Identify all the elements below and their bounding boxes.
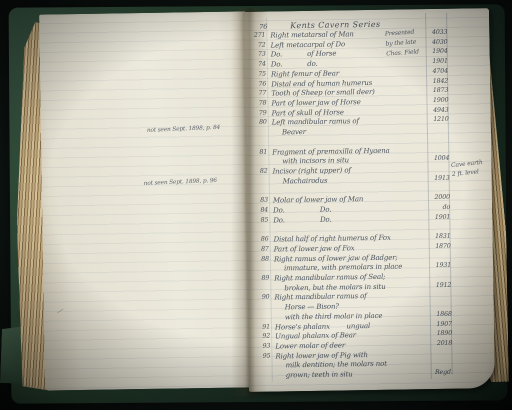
entry-catalogue-number: 4943 [423,106,449,113]
entry-number: 76 [246,80,266,87]
entry-number: 92 [250,333,270,340]
entry-text: Fragment of premaxilla of Hyaena [272,146,389,156]
entry-text: Molar of lower jaw of Man [273,195,363,204]
entry-catalogue-number: 1913 [424,175,450,182]
entry-text: Right ramus of lower jaw of Badger; [274,253,398,263]
entry-text: Left metacarpal of Do [270,40,345,49]
entry-text: Machairodus [283,176,328,185]
entry-text: Do. Do. [273,215,331,224]
entry-text: Right mandibular ramus of Seal; [274,273,385,283]
entry-number: 91 [250,323,270,330]
page-heading: Kents Cavern Series [290,20,380,30]
entry-catalogue-number: 4704 [422,68,448,75]
entry-catalogue-number: 1873 [422,87,448,94]
entry-text: Right mandibular ramus of [274,292,366,301]
entry-catalogue-number: 1842 [422,77,448,84]
entry-text: Tooth of Sheep (or small deer) [271,88,375,98]
entry-number: 77 [246,90,266,97]
entry-text: Distal end of human humerus [271,79,372,89]
entry-number: 73 [246,51,266,58]
entry-catalogue-number: 4030 [421,38,447,45]
entry-catalogue-number: 1912 [425,281,451,288]
folio-number: 76 [259,23,267,31]
entry-number: 80 [247,119,267,126]
entry-text: with incisors in situ [282,157,349,166]
entry-catalogue-number: 1004 [423,155,449,162]
entry-number: 82 [247,168,267,175]
entry-text: immature, with premolars in place [284,263,402,273]
entry-text: with the third molar in place [285,312,383,322]
entry-number: 86 [249,236,269,243]
entry-text: broken, but the molars in situ [284,282,385,292]
entry-catalogue-number: 1931 [425,262,451,269]
entry-text: Part of lower jaw of Horse [271,98,360,107]
register-photograph: not seen Sept. 1898, p. 84 not seen Sept… [0,0,512,410]
entry-text: Lower molar of deer [275,341,345,350]
entry-text: Right femur of Bear [271,69,339,78]
entry-text: grown; teeth in situ [286,370,353,379]
entry-text: Part of lower jaw of Fox [274,244,355,253]
entry-number: 81 [247,148,267,155]
entry-catalogue-number: 1904 [422,48,448,55]
entry-catalogue-number: 4033 [421,29,447,36]
entry-number: 88 [249,255,269,262]
entry-text: Distal half of right humerus of Fox [274,234,391,244]
entry-number: 271 [245,32,265,39]
entry-catalogue-number: 1868 [426,311,452,318]
entry-text: Part of skull of Horse [272,108,344,117]
entry-text: milk dentition; the molars not [286,360,387,370]
entry-text: Horse's phalanx ungual [275,322,370,331]
entry-number: 93 [250,343,270,350]
left-page: not seen Sept. 1898, p. 84 not seen Sept… [39,11,251,390]
entry-number: 85 [248,216,268,223]
entry-text: Do. Do. [273,206,331,215]
margin-note: not seen Sept. 1898, p. 84 [147,125,220,134]
entry-number: 89 [249,275,269,282]
entry-catalogue-number: Regd. [427,369,453,376]
entry-catalogue-number: 1900 [422,97,448,104]
entry-catalogue-number: do [424,204,450,211]
entry-number: 78 [246,100,266,107]
entry-text: Ungual phalanx of Bear [275,332,356,341]
entry-number: 87 [249,245,269,252]
entry-text: Left mandibular ramus of [272,118,359,127]
entry-text: Right metatarsal of Man [270,30,353,39]
entry-text: Do. do. [271,60,318,69]
right-page: 76 Kents Cavern Series Presented by the … [243,8,495,392]
entry-catalogue-number: 1907 [426,320,452,327]
entry-text: Horse — Bison? [285,303,339,312]
entry-catalogue-number: 1901 [422,58,448,65]
entry-catalogue-number: 2018 [426,340,452,347]
entry-catalogue-number: 1870 [425,243,451,250]
entry-catalogue-number: 1210 [423,116,449,123]
margin-note: not seen Sept. 1898, p. 96 [144,178,217,187]
entry-number: 74 [246,61,266,68]
entry-number: 90 [249,294,269,301]
entry-catalogue-number: 1901 [424,213,450,220]
stray-pen-mark: ⁄ [59,307,62,315]
entry-number: 72 [245,41,265,48]
entry-text: Do. of Horse [271,50,337,59]
entry-text: Incisor (right upper) of [272,166,350,175]
entry-number: 84 [248,207,268,214]
entry-text: Right lower jaw of Pig with [275,351,368,360]
entry-number: 75 [246,70,266,77]
entry-number: 83 [248,197,268,204]
entry-text: Beaver [282,128,306,136]
entry-catalogue-number: 2000 [424,194,450,201]
entry-catalogue-number: 1831 [425,233,451,240]
entry-number: 95 [250,352,270,359]
entry-number: 79 [247,109,267,116]
entry-catalogue-number: 1890 [426,330,452,337]
